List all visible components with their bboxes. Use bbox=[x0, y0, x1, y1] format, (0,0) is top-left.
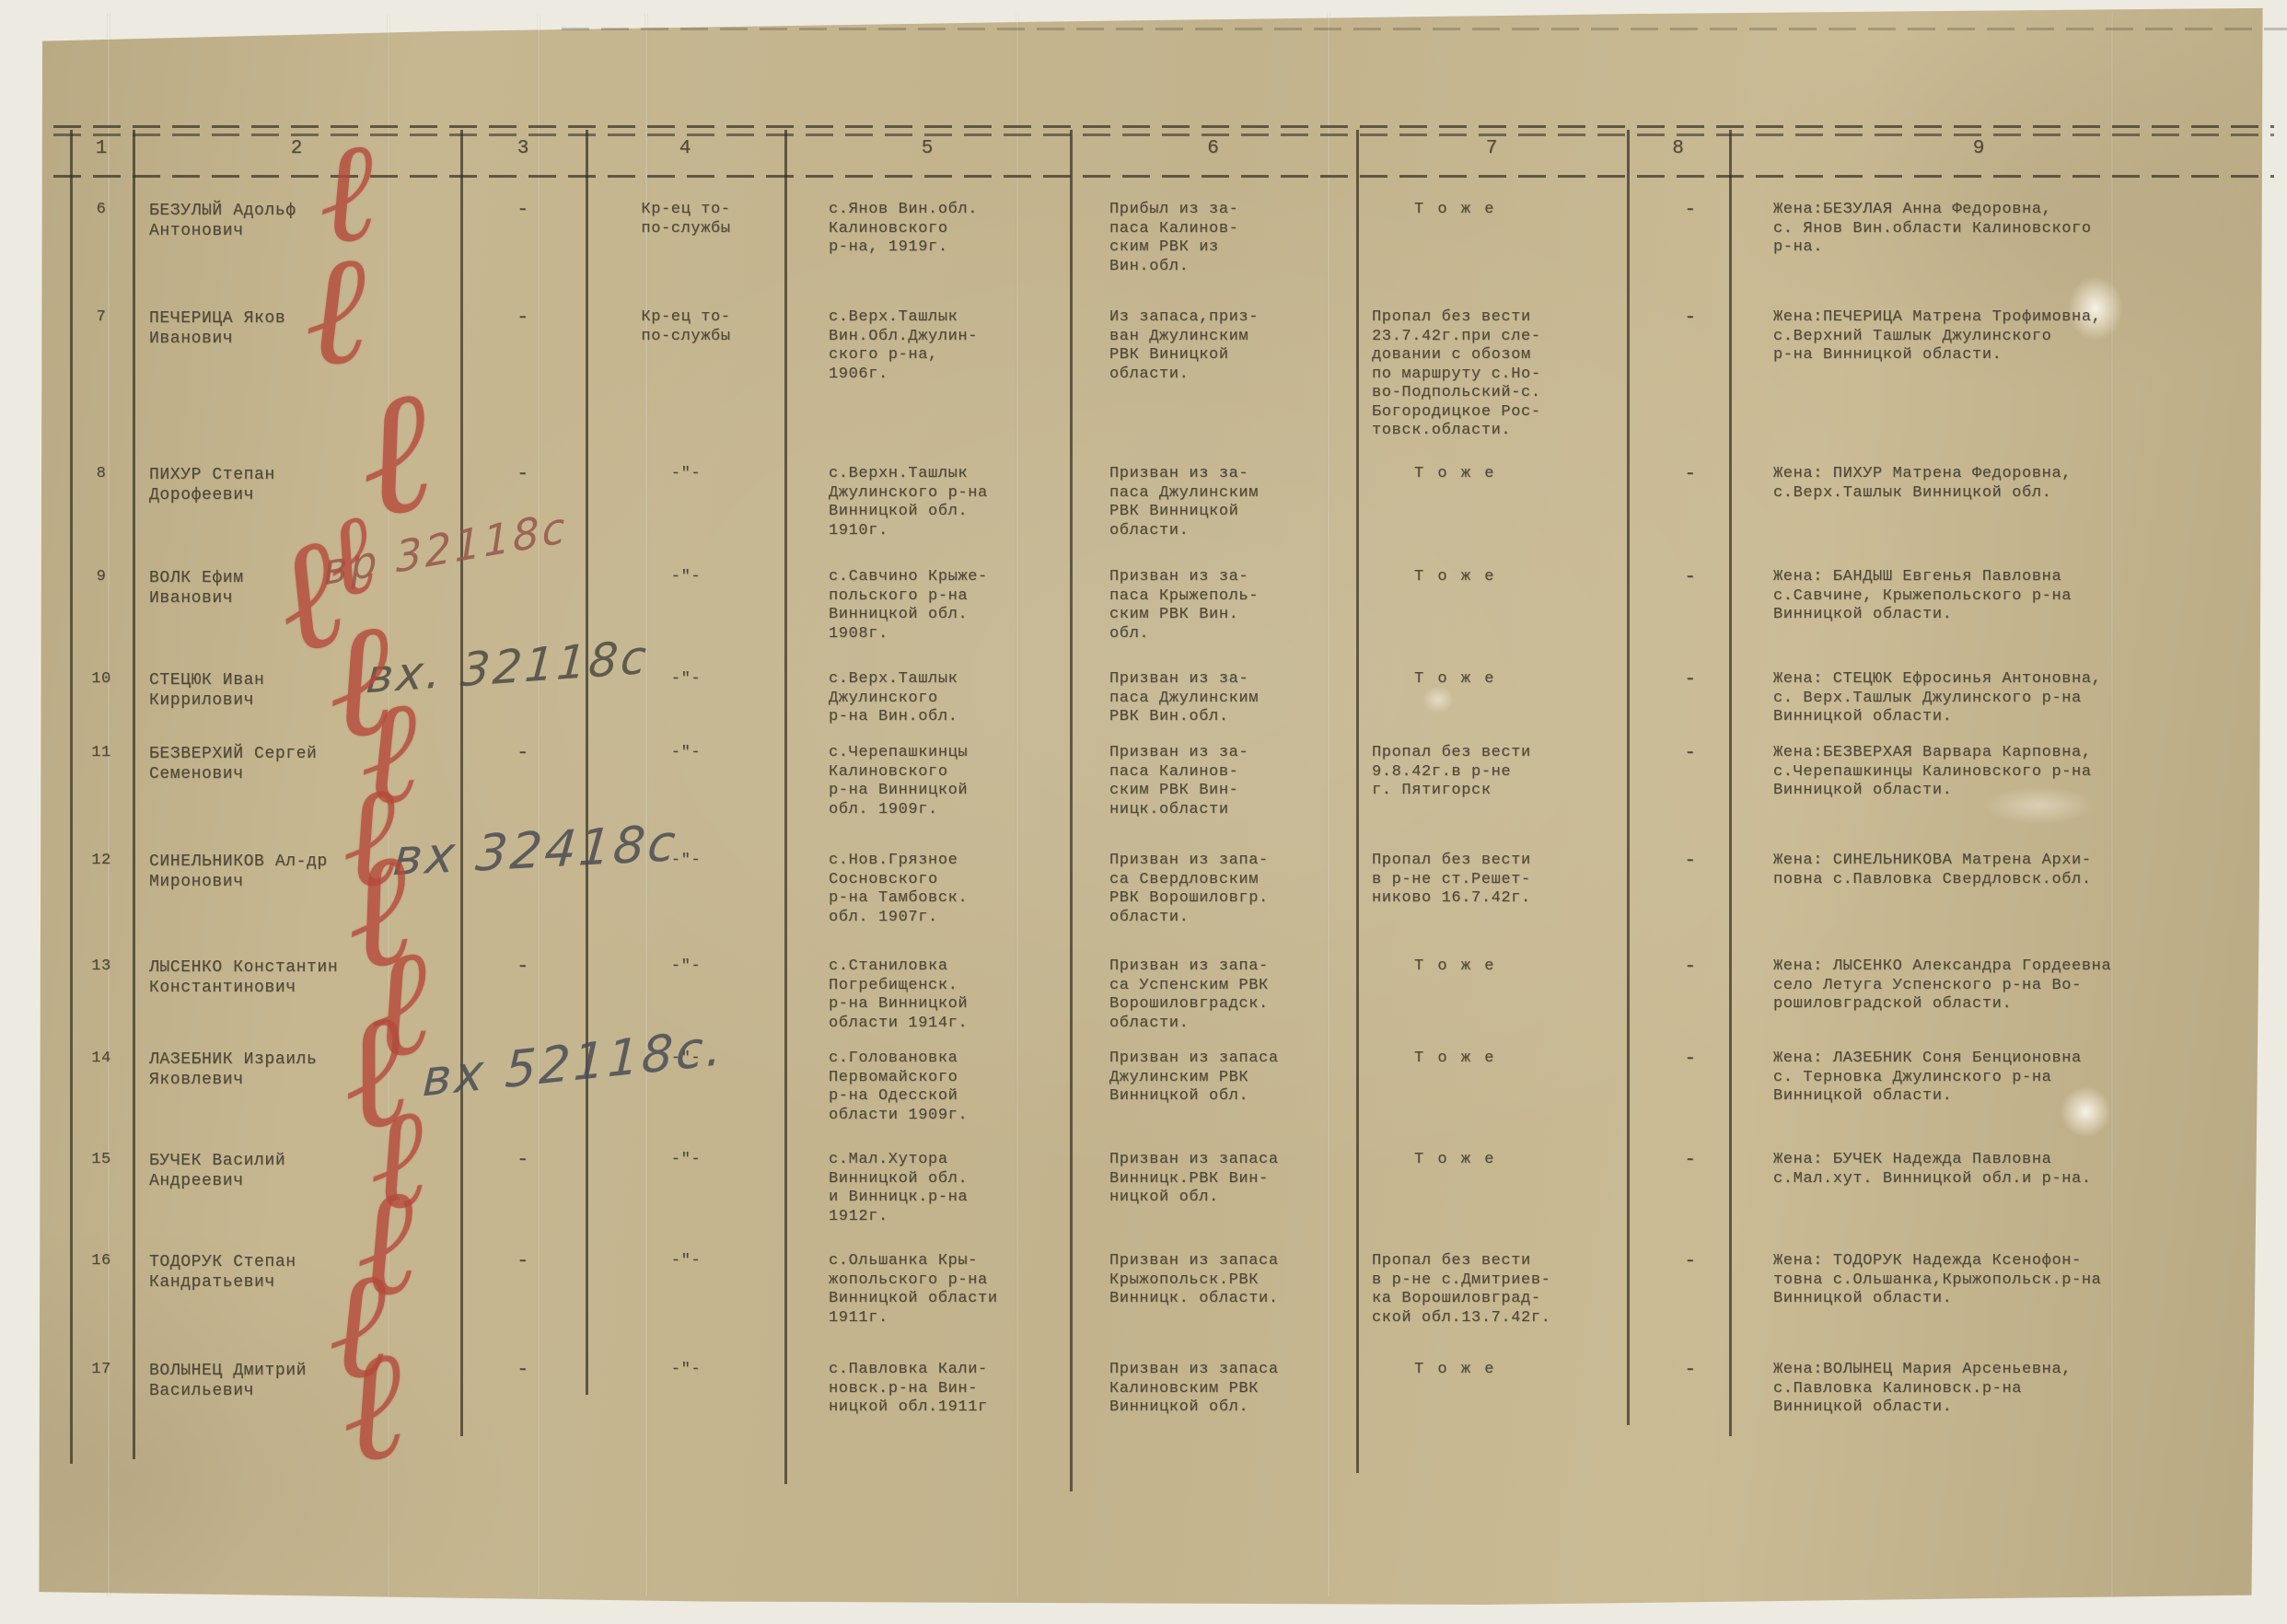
cell-soldier-name: БЕЗВЕРХИЙ Сергей Семенович bbox=[149, 744, 462, 784]
cell-callup-info: Призван из запаса Винницк.РВК Вин- ницко… bbox=[1109, 1151, 1367, 1208]
cell-blank: - bbox=[1655, 201, 1725, 220]
column-header: 1 bbox=[70, 138, 133, 171]
cell-rank: -"- bbox=[591, 465, 781, 484]
cell-family-address: Жена:БЕЗВЕРХАЯ Варвара Карповна, с.Череп… bbox=[1773, 744, 2275, 801]
table-rule-horizontal bbox=[53, 133, 2274, 136]
table-rule-horizontal bbox=[562, 28, 2287, 30]
cell-soldier-name: ЛАЗЕБНИК Израиль Яковлевич bbox=[149, 1050, 462, 1090]
cell-soldier-name: ЛЫСЕНКО Константин Константинович bbox=[149, 957, 462, 998]
cell-blank: - bbox=[465, 308, 581, 328]
cell-rank: -"- bbox=[591, 744, 781, 763]
column-divider bbox=[70, 130, 73, 1464]
cell-family-address: Жена: СТЕЦЮК Ефросинья Антоновна, с. Вер… bbox=[1773, 670, 2275, 727]
cell-birthplace-year: с.Нов.Грязное Сосновского р-на Тамбовск.… bbox=[829, 852, 1105, 927]
cell-missing-circumstances: Т о ж е bbox=[1372, 957, 1690, 977]
cell-rank: -"- bbox=[591, 568, 781, 587]
cell-row-number: 14 bbox=[77, 1050, 125, 1069]
cell-row-number: 8 bbox=[77, 465, 125, 484]
column-header: 7 bbox=[1356, 138, 1627, 171]
cell-blank: - bbox=[1655, 1050, 1725, 1069]
cell-birthplace-year: с.Мал.Хутора Винницкой обл. и Винницк.р-… bbox=[829, 1151, 1105, 1226]
cell-blank: - bbox=[1655, 1361, 1725, 1380]
column-header: 4 bbox=[586, 138, 784, 171]
scanned-document: { "colors":{ "paper":"#c4b58e", "backgro… bbox=[0, 0, 2287, 1624]
cell-birthplace-year: с.Верхн.Ташлык Джулинского р-на Винницко… bbox=[829, 465, 1105, 540]
cell-callup-info: Призван из запа- са Успенским РВК Вороши… bbox=[1109, 957, 1367, 1033]
cell-birthplace-year: с.Савчино Крыже- польского р-на Винницко… bbox=[829, 568, 1105, 644]
cell-row-number: 7 bbox=[77, 308, 125, 328]
cell-family-address: Жена: ЛАЗЕБНИК Соня Бенционовна с. Терно… bbox=[1773, 1050, 2275, 1107]
cell-blank: - bbox=[465, 957, 581, 977]
cell-soldier-name: ТОДОРУК Степан Кандратьевич bbox=[149, 1252, 462, 1293]
cell-birthplace-year: с.Черепашкинцы Калиновского р-на Винницк… bbox=[829, 744, 1105, 819]
cell-missing-circumstances: Т о ж е bbox=[1372, 465, 1690, 484]
cell-missing-circumstances: Т о ж е bbox=[1372, 1050, 1690, 1069]
cell-rank: Кр-ец то- по-службы bbox=[591, 201, 781, 238]
cell-callup-info: Призван из запаса Калиновским РВК Винниц… bbox=[1109, 1361, 1367, 1418]
cell-family-address: Жена: БУЧЕК Надежда Павловна с.Мал.хут. … bbox=[1773, 1151, 2275, 1189]
cell-row-number: 9 bbox=[77, 568, 125, 587]
table-rule-horizontal bbox=[53, 125, 2274, 128]
cell-callup-info: Призван из запаса Крыжопольск.РВК Винниц… bbox=[1109, 1252, 1367, 1309]
cell-soldier-name: БЕЗУЛЫЙ Адольф Антонович bbox=[149, 201, 462, 241]
cell-family-address: Жена: ПИХУР Матрена Федоровна, с.Верх.Та… bbox=[1773, 465, 2275, 503]
cell-callup-info: Призван из за- паса Джулинским РВК Вин.о… bbox=[1109, 670, 1367, 727]
cell-blank: - bbox=[1655, 670, 1725, 690]
cell-callup-info: Призван из за- паса Крыжеполь- ским РВК … bbox=[1109, 568, 1367, 644]
cell-rank: -"- bbox=[591, 1151, 781, 1170]
cell-blank: - bbox=[465, 1252, 581, 1271]
column-header: 9 bbox=[1729, 138, 2228, 171]
column-divider bbox=[784, 130, 787, 1484]
cell-row-number: 17 bbox=[77, 1361, 125, 1380]
cell-row-number: 6 bbox=[77, 201, 125, 220]
cell-row-number: 11 bbox=[77, 744, 125, 763]
cell-blank: - bbox=[1655, 465, 1725, 484]
cell-birthplace-year: с.Верх.Ташлык Вин.Обл.Джулин- ского р-на… bbox=[829, 308, 1105, 384]
cell-callup-info: Призван из за- паса Калинов- ским РВК Ви… bbox=[1109, 744, 1367, 819]
cell-soldier-name: ВОЛЫНЕЦ Дмитрий Васильевич bbox=[149, 1361, 462, 1401]
cell-blank: - bbox=[1655, 852, 1725, 871]
cell-blank: - bbox=[465, 744, 581, 763]
cell-birthplace-year: с.Павловка Кали- новск.р-на Вин- ницкой … bbox=[829, 1361, 1105, 1418]
cell-callup-info: Призван из запа- са Свердловским РВК Вор… bbox=[1109, 852, 1367, 927]
cell-blank: - bbox=[1655, 1252, 1725, 1271]
cell-missing-circumstances: Пропал без вести 9.8.42г.в р-не г. Пятиг… bbox=[1372, 744, 1648, 801]
cell-birthplace-year: с.Верх.Ташлык Джулинского р-на Вин.обл. bbox=[829, 670, 1105, 727]
cell-missing-circumstances: Т о ж е bbox=[1372, 670, 1690, 690]
cell-birthplace-year: с.Головановка Первомайского р-на Одесско… bbox=[829, 1050, 1105, 1125]
cell-rank: -"- bbox=[591, 1252, 781, 1271]
cell-blank: - bbox=[465, 465, 581, 484]
column-divider bbox=[133, 130, 135, 1459]
cell-missing-circumstances: Пропал без вести 23.7.42г.при сле- дован… bbox=[1372, 308, 1648, 441]
cell-callup-info: Призван из за- паса Джулинским РВК Винни… bbox=[1109, 465, 1367, 540]
cell-callup-info: Призван из запаса Джулинским РВК Винницк… bbox=[1109, 1050, 1367, 1107]
cell-blank: - bbox=[465, 1361, 581, 1380]
cell-missing-circumstances: Пропал без вести в р-не с.Дмитриев- ка В… bbox=[1372, 1252, 1648, 1328]
cell-blank: - bbox=[1655, 308, 1725, 328]
cell-birthplace-year: с.Ольшанка Кры- жопольского р-на Винницк… bbox=[829, 1252, 1105, 1328]
column-divider bbox=[586, 130, 588, 1395]
cell-missing-circumstances: Т о ж е bbox=[1372, 568, 1690, 587]
cell-row-number: 12 bbox=[77, 852, 125, 871]
column-header: 2 bbox=[133, 138, 460, 171]
cell-callup-info: Из запаса,приз- ван Джулинским РВК Виниц… bbox=[1109, 308, 1367, 384]
cell-missing-circumstances: Т о ж е bbox=[1372, 1361, 1690, 1380]
column-divider bbox=[1729, 130, 1732, 1436]
column-header: 6 bbox=[1070, 138, 1356, 171]
cell-soldier-name: ПЕЧЕРИЦА Яков Иванович bbox=[149, 308, 462, 349]
cell-blank: - bbox=[465, 1151, 581, 1170]
cell-rank: -"- bbox=[591, 1361, 781, 1380]
cell-row-number: 15 bbox=[77, 1151, 125, 1170]
paper-damage bbox=[1422, 686, 1454, 713]
cell-rank: Кр-ец то- по-службы bbox=[591, 308, 781, 346]
cell-blank: - bbox=[1655, 568, 1725, 587]
cell-family-address: Жена: СИНЕЛЬНИКОВА Матрена Архи- повна с… bbox=[1773, 852, 2275, 889]
cell-blank: - bbox=[1655, 957, 1725, 977]
cell-soldier-name: ПИХУР Степан Дорофеевич bbox=[149, 465, 462, 505]
cell-family-address: Жена:БЕЗУЛАЯ Анна Федоровна, с. Янов Вин… bbox=[1773, 201, 2275, 258]
column-header: 3 bbox=[460, 138, 586, 171]
table-rule-horizontal bbox=[53, 175, 2274, 178]
cell-family-address: Жена:ВОЛЫНЕЦ Мария Арсеньевна, с.Павловк… bbox=[1773, 1361, 2275, 1418]
cell-family-address: Жена:ПЕЧЕРИЦА Матрена Трофимовна, с.Верх… bbox=[1773, 308, 2275, 365]
cell-birthplace-year: с.Станиловка Погребищенск. р-на Винницко… bbox=[829, 957, 1105, 1033]
cell-missing-circumstances: Пропал без вести в р-не ст.Решет- никово… bbox=[1372, 852, 1648, 909]
cell-rank: -"- bbox=[591, 957, 781, 977]
cell-row-number: 10 bbox=[77, 670, 125, 690]
cell-blank: - bbox=[1655, 744, 1725, 763]
column-header: 8 bbox=[1627, 138, 1729, 171]
cell-row-number: 13 bbox=[77, 957, 125, 977]
cell-soldier-name: БУЧЕК Василий Андреевич bbox=[149, 1151, 462, 1191]
column-header: 5 bbox=[784, 138, 1070, 171]
cell-family-address: Жена: ЛЫСЕНКО Александра Гордеевна село … bbox=[1773, 957, 2275, 1015]
cell-callup-info: Прибыл из за- паса Калинов- ским РВК из … bbox=[1109, 201, 1367, 276]
cell-family-address: Жена: ТОДОРУК Надежда Ксенофон- товна с.… bbox=[1773, 1252, 2275, 1309]
cell-birthplace-year: с.Янов Вин.обл. Калиновского р-на, 1919г… bbox=[829, 201, 1105, 258]
cell-blank: - bbox=[1655, 1151, 1725, 1170]
cell-family-address: Жена: БАНДЫШ Евгенья Павловна с.Савчине,… bbox=[1773, 568, 2275, 625]
cell-missing-circumstances: Т о ж е bbox=[1372, 201, 1690, 220]
cell-blank: - bbox=[465, 201, 581, 220]
cell-missing-circumstances: Т о ж е bbox=[1372, 1151, 1690, 1170]
cell-row-number: 16 bbox=[77, 1252, 125, 1271]
